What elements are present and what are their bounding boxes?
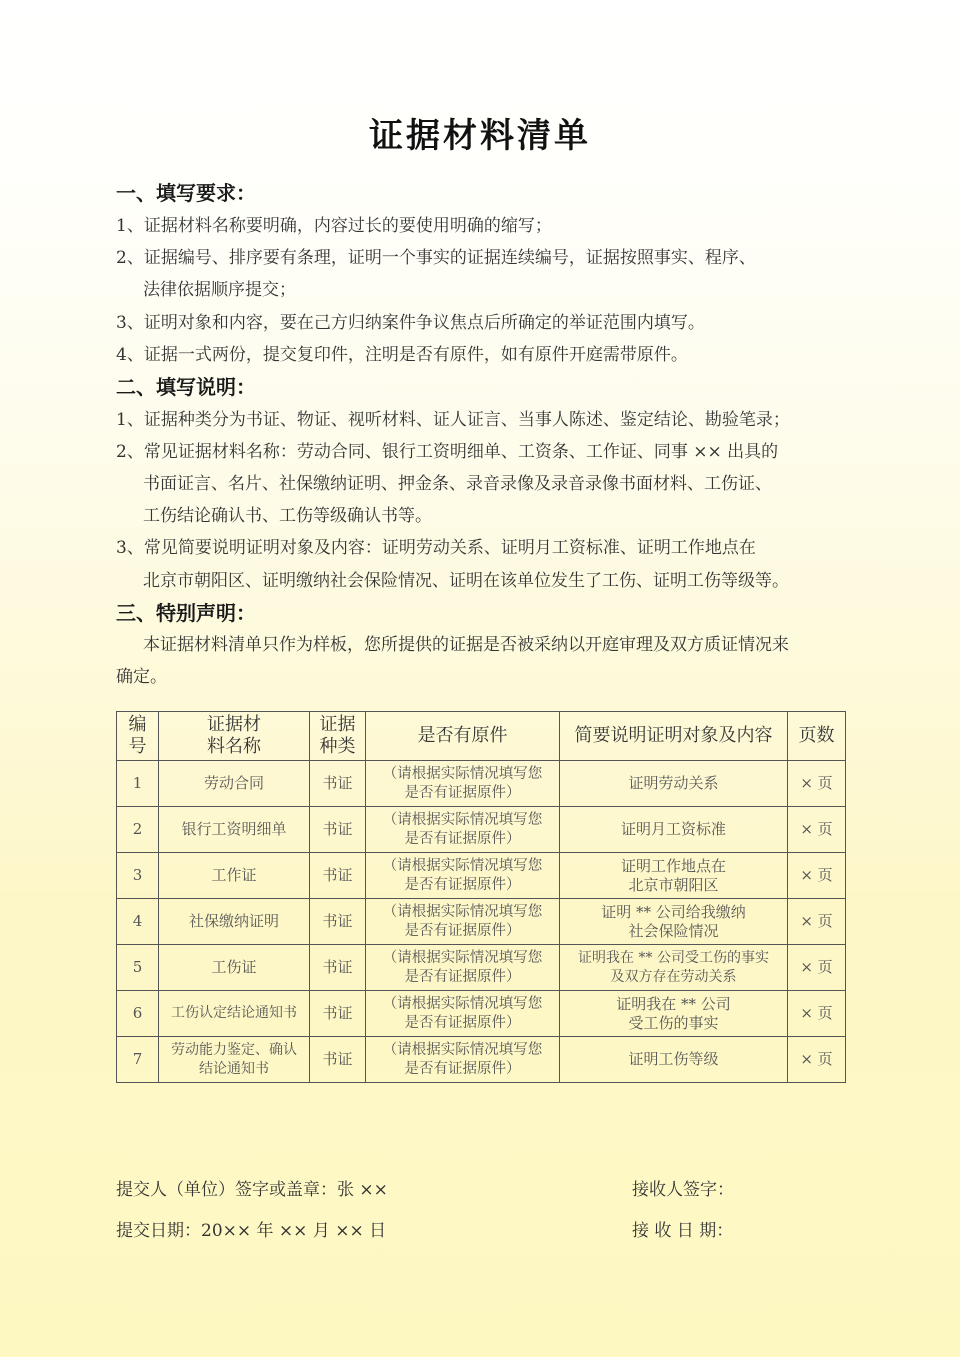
table-row: 2 银行工资明细单 书证 （请根据实际情况填写您是否有证据原件） 证明月工资标准…	[117, 807, 846, 853]
submit-date: 提交日期：20×× 年 ×× 月 ×× 日	[116, 1216, 386, 1241]
cell-description: 证明工作地点在北京市朝阳区	[560, 853, 788, 899]
cell-name: 劳动能力鉴定、确认结论通知书	[159, 1037, 310, 1083]
cell-type: 书证	[310, 853, 366, 899]
cell-pages: × 页	[788, 899, 846, 945]
requirement-line-2: 2、证据编号、排序要有条理，证明一个事实的证据连续编号，证据按照事实、程序、	[116, 243, 756, 268]
submit-date-label: 提交日期：	[116, 1221, 201, 1241]
cell-pages: × 页	[788, 807, 846, 853]
instruction-line-1: 1、证据种类分为书证、物证、视听材料、证人证言、当事人陈述、鉴定结论、勘验笔录；	[116, 405, 790, 430]
header-name: 证据材料名称	[159, 712, 310, 761]
submitter-signature: 提交人（单位）签字或盖章：张 ××	[116, 1175, 388, 1200]
cell-original: （请根据实际情况填写您是否有证据原件）	[366, 761, 560, 807]
header-description: 简要说明证明对象及内容	[560, 712, 788, 761]
cell-no: 5	[117, 945, 159, 991]
cell-type: 书证	[310, 807, 366, 853]
header-pages: 页数	[788, 712, 846, 761]
cell-type: 书证	[310, 1037, 366, 1083]
cell-original: （请根据实际情况填写您是否有证据原件）	[366, 853, 560, 899]
cell-name: 社保缴纳证明	[159, 899, 310, 945]
cell-description: 证明工伤等级	[560, 1037, 788, 1083]
requirement-line-4: 4、证据一式两份，提交复印件，注明是否有原件，如有原件开庭需带原件。	[116, 340, 688, 365]
table-row: 4 社保缴纳证明 书证 （请根据实际情况填写您是否有证据原件） 证明 ** 公司…	[117, 899, 846, 945]
header-type: 证据种类	[310, 712, 366, 761]
cell-original: （请根据实际情况填写您是否有证据原件）	[366, 991, 560, 1037]
table-row: 6 工伤认定结论通知书 书证 （请根据实际情况填写您是否有证据原件） 证明我在 …	[117, 991, 846, 1037]
section-heading-requirements: 一、填写要求：	[116, 177, 256, 206]
cell-original: （请根据实际情况填写您是否有证据原件）	[366, 945, 560, 991]
cell-type: 书证	[310, 899, 366, 945]
evidence-table: 编号 证据材料名称 证据种类 是否有原件 简要说明证明对象及内容 页数 1 劳动…	[116, 711, 846, 1083]
section-heading-disclaimer: 三、特别声明：	[116, 597, 256, 626]
cell-no: 6	[117, 991, 159, 1037]
requirement-line-2-cont: 法律依据顺序提交；	[143, 275, 296, 300]
disclaimer-line-1: 本证据材料清单只作为样板，您所提供的证据是否被采纳以开庭审理及双方质证情况来	[143, 630, 789, 655]
cell-description: 证明我在 ** 公司受工伤的事实及双方存在劳动关系	[560, 945, 788, 991]
instruction-line-2-cont-a: 书面证言、名片、社保缴纳证明、押金条、录音录像及录音录像书面材料、工伤证、	[143, 469, 772, 494]
submit-date-value: 20×× 年 ×× 月 ×× 日	[201, 1221, 386, 1241]
cell-pages: × 页	[788, 991, 846, 1037]
table-header-row: 编号 证据材料名称 证据种类 是否有原件 简要说明证明对象及内容 页数	[117, 712, 846, 761]
cell-original: （请根据实际情况填写您是否有证据原件）	[366, 807, 560, 853]
submitter-label: 提交人（单位）签字或盖章：	[116, 1180, 337, 1200]
table-row: 5 工伤证 书证 （请根据实际情况填写您是否有证据原件） 证明我在 ** 公司受…	[117, 945, 846, 991]
table-row: 1 劳动合同 书证 （请根据实际情况填写您是否有证据原件） 证明劳动关系 × 页	[117, 761, 846, 807]
cell-name: 工作证	[159, 853, 310, 899]
cell-description: 证明我在 ** 公司受工伤的事实	[560, 991, 788, 1037]
instruction-line-2: 2、常见证据材料名称：劳动合同、银行工资明细单、工资条、工作证、同事 ×× 出具…	[116, 437, 778, 462]
header-no: 编号	[117, 712, 159, 761]
cell-pages: × 页	[788, 1037, 846, 1083]
cell-name: 工伤证	[159, 945, 310, 991]
cell-no: 2	[117, 807, 159, 853]
instruction-line-3: 3、常见简要说明证明对象及内容：证明劳动关系、证明月工资标准、证明工作地点在	[116, 533, 756, 558]
table-row: 7 劳动能力鉴定、确认结论通知书 书证 （请根据实际情况填写您是否有证据原件） …	[117, 1037, 846, 1083]
cell-name: 银行工资明细单	[159, 807, 310, 853]
cell-type: 书证	[310, 761, 366, 807]
page-title: 证据材料清单	[0, 108, 960, 157]
table-row: 3 工作证 书证 （请根据实际情况填写您是否有证据原件） 证明工作地点在北京市朝…	[117, 853, 846, 899]
cell-pages: × 页	[788, 853, 846, 899]
header-original: 是否有原件	[366, 712, 560, 761]
cell-pages: × 页	[788, 945, 846, 991]
disclaimer-line-2: 确定。	[116, 662, 167, 687]
receiver-signature-label: 接收人签字：	[632, 1175, 734, 1200]
cell-no: 3	[117, 853, 159, 899]
submitter-value: 张 ××	[337, 1180, 388, 1200]
instruction-line-2-cont-b: 工伤结论确认书、工伤等级确认书等。	[143, 501, 432, 526]
requirement-line-3: 3、证明对象和内容，要在己方归纳案件争议焦点后所确定的举证范围内填写。	[116, 308, 705, 333]
cell-pages: × 页	[788, 761, 846, 807]
cell-type: 书证	[310, 945, 366, 991]
instruction-line-3-cont: 北京市朝阳区、证明缴纳社会保险情况、证明在该单位发生了工伤、证明工伤等级等。	[143, 566, 789, 591]
requirement-line-1: 1、证据材料名称要明确，内容过长的要使用明确的缩写；	[116, 211, 552, 236]
receive-date-label: 接 收 日 期：	[632, 1216, 733, 1241]
section-heading-instructions: 二、填写说明：	[116, 371, 256, 400]
cell-name: 工伤认定结论通知书	[159, 991, 310, 1037]
cell-original: （请根据实际情况填写您是否有证据原件）	[366, 1037, 560, 1083]
cell-no: 7	[117, 1037, 159, 1083]
cell-description: 证明 ** 公司给我缴纳社会保险情况	[560, 899, 788, 945]
cell-description: 证明月工资标准	[560, 807, 788, 853]
cell-description: 证明劳动关系	[560, 761, 788, 807]
cell-name: 劳动合同	[159, 761, 310, 807]
cell-no: 1	[117, 761, 159, 807]
cell-no: 4	[117, 899, 159, 945]
cell-type: 书证	[310, 991, 366, 1037]
cell-original: （请根据实际情况填写您是否有证据原件）	[366, 899, 560, 945]
